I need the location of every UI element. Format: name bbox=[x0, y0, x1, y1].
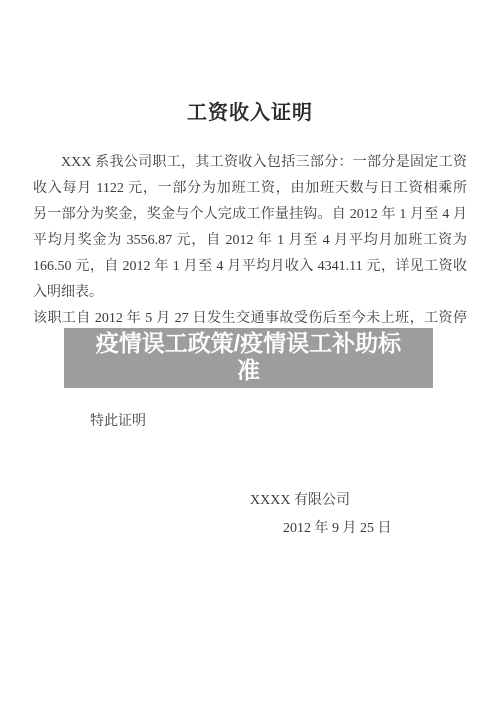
document-page: 工资收入证明 XXX 系我公司职工，其工资收入包括三部分：一部分是固定工资 收入… bbox=[0, 0, 500, 706]
paragraph1-line-1: XXX 系我公司职工，其工资收入包括三部分：一部分是固定工资 bbox=[33, 150, 467, 176]
watermark-overlay-banner: 疫情误工政策/疫情误工补助标 准 bbox=[64, 328, 433, 388]
paragraph1-line-5: 166.50 元，自 2012 年 1 月至 4 月平均月收入 4341.11 … bbox=[33, 254, 467, 280]
paragraph1-line-2: 收入每月 1122 元，一部分为加班工资，由加班天数与日工资相乘所得， bbox=[33, 176, 467, 202]
signature-company-name: XXXX 有限公司 bbox=[250, 491, 350, 511]
overlay-text-line-1: 疫情误工政策/疫情误工补助标 bbox=[64, 330, 433, 357]
document-body: XXX 系我公司职工，其工资收入包括三部分：一部分是固定工资 收入每月 1122… bbox=[33, 150, 467, 332]
signature-date: 2012 年 9 月 25 日 bbox=[283, 519, 392, 539]
paragraph1-line-3: 另一部分为奖金，奖金与个人完成工作量挂钩。自 2012 年 1 月至 4 月 bbox=[33, 202, 467, 228]
paragraph1-line-6: 入明细表。 bbox=[33, 280, 467, 306]
overlay-text-line-2: 准 bbox=[64, 357, 433, 384]
closing-statement: 特此证明 bbox=[90, 412, 146, 432]
paragraph1-line-4: 平均月奖金为 3556.87 元，自 2012 年 1 月至 4 月平均月加班工… bbox=[33, 228, 467, 254]
document-title: 工资收入证明 bbox=[0, 96, 500, 125]
